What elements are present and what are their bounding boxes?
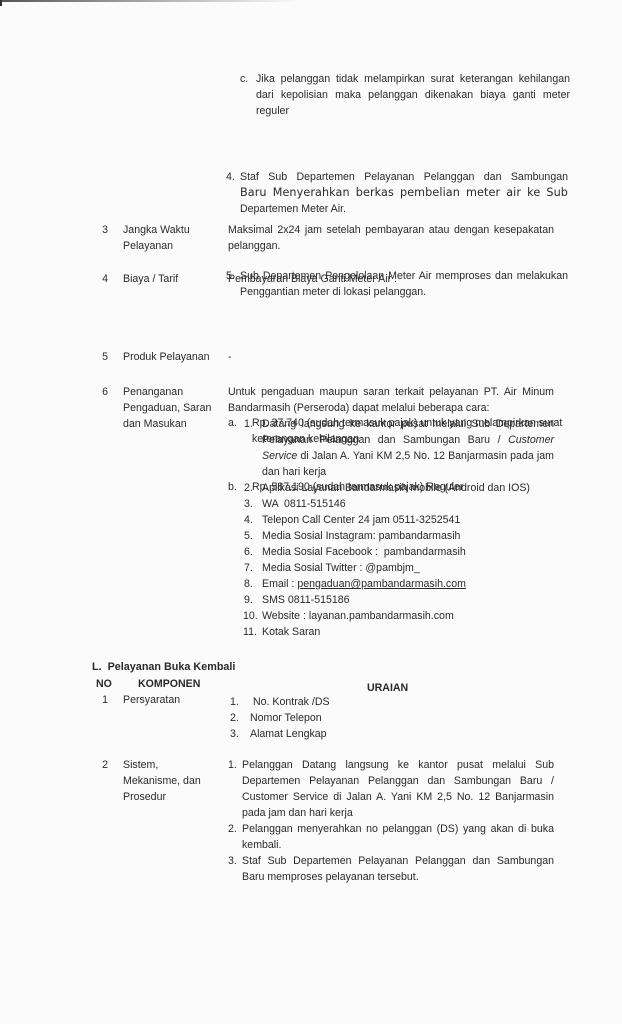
list-marker: 8. bbox=[244, 576, 253, 592]
list-marker: 5. bbox=[244, 528, 253, 544]
list-marker: c. bbox=[240, 71, 248, 87]
list-text-line: Departemen Meter Air. bbox=[240, 201, 568, 217]
list-text: Telepon Call Center 24 jam 0511-3252541 bbox=[262, 514, 460, 526]
row-number: 5 bbox=[96, 349, 108, 365]
list-text: Nomor Telepon bbox=[250, 712, 322, 724]
row-content: - bbox=[228, 349, 554, 365]
list-item: 2. Nomor Telepon bbox=[230, 710, 430, 726]
complaint-channel-list: 1. Datang langsung ke kantor pusat melal… bbox=[244, 416, 554, 640]
list-marker: 1. bbox=[230, 694, 239, 710]
list-marker: 7. bbox=[244, 560, 253, 576]
list-item: 5. Media Sosial Instagram: pambandarmasi… bbox=[244, 528, 554, 544]
list-text: No. Kontrak /DS bbox=[253, 696, 330, 708]
list-item: 3. WA 0811-515146 bbox=[244, 496, 554, 512]
list-marker: 2. bbox=[228, 821, 237, 837]
list-item: 2. Pelanggan menyerahkan no pelanggan (D… bbox=[228, 821, 554, 853]
list-marker: 2. bbox=[230, 710, 239, 726]
row-component: Produk Pelayanan bbox=[123, 349, 233, 365]
requirement-list: 1. No. Kontrak /DS 2. Nomor Telepon 3. A… bbox=[230, 694, 430, 742]
list-item: 1. Pelanggan Datang langsung ke kantor p… bbox=[228, 757, 554, 821]
row-number: 4 bbox=[96, 271, 108, 287]
list-text: Aplikasi Layanan Bandarmasih mobile (And… bbox=[262, 482, 530, 494]
list-text: di Jalan A. Yani KM 2,5 No. 12 Banjarmas… bbox=[262, 450, 554, 478]
list-text-line: Staf Sub Departemen Pelayanan Pelanggan … bbox=[240, 169, 568, 185]
list-item: 2. Aplikasi Layanan Bandarmasih mobile (… bbox=[244, 480, 554, 496]
row-component: Persyaratan bbox=[123, 692, 180, 708]
list-marker: 11. bbox=[243, 624, 257, 640]
list-marker: 3. bbox=[228, 853, 237, 869]
list-text: Website : layanan.pambandarmasih.com bbox=[262, 610, 454, 622]
list-item: 3. Staf Sub Departemen Pelayanan Pelangg… bbox=[228, 853, 554, 885]
list-item: 11. Kotak Saran bbox=[244, 624, 554, 640]
list-marker: 1. bbox=[228, 757, 237, 773]
list-text: Media Sosial Facebook : pambandarmasih bbox=[262, 546, 466, 558]
list-text: Media Sosial Twitter : @pambjm_ bbox=[262, 562, 420, 574]
list-marker: 6. bbox=[244, 544, 253, 560]
list-marker: 10. bbox=[243, 608, 258, 624]
list-item: 10. Website : layanan.pambandarmasih.com bbox=[244, 608, 554, 624]
list-text: Pelanggan menyerahkan no pelanggan (DS) … bbox=[242, 823, 554, 851]
list-text: Kotak Saran bbox=[262, 626, 320, 638]
row-number: 1 bbox=[96, 692, 108, 708]
email-link[interactable]: pengaduan@pambandarmasih.com bbox=[297, 578, 466, 590]
list-text: Pelanggan Datang langsung ke kantor pusa… bbox=[242, 759, 554, 819]
document-page: c. Jika pelanggan tidak melampirkan sura… bbox=[0, 0, 622, 1024]
list-item: 8. Email : pengaduan@pambandarmasih.com bbox=[244, 576, 554, 592]
row-number: 2 bbox=[96, 757, 108, 773]
row-content: Maksimal 2x24 jam setelah pembayaran ata… bbox=[228, 222, 554, 254]
list-marker: a. bbox=[228, 415, 237, 431]
row-number: 3 bbox=[96, 222, 108, 238]
list-item: 4. Telepon Call Center 24 jam 0511-32525… bbox=[244, 512, 554, 528]
row-intro: Untuk pengaduan maupun saran terkait pel… bbox=[228, 384, 554, 416]
row-component: Penanganan Pengaduan, Saran dan Masukan bbox=[123, 384, 223, 432]
list-text: Alamat Lengkap bbox=[250, 728, 327, 740]
list-item: 7. Media Sosial Twitter : @pambjm_ bbox=[244, 560, 554, 576]
list-item: 1. Datang langsung ke kantor pusat melal… bbox=[244, 416, 554, 480]
list-item: 3. Alamat Lengkap bbox=[230, 726, 430, 742]
list-marker: b. bbox=[228, 479, 237, 495]
list-item-4: 4. Staf Sub Departemen Pelayanan Pelangg… bbox=[226, 169, 568, 217]
list-marker: 4. bbox=[244, 512, 253, 528]
list-text: WA 0811-515146 bbox=[262, 498, 346, 510]
row-number: 6 bbox=[96, 384, 108, 400]
list-item: 9. SMS 0811-515186 bbox=[244, 592, 554, 608]
header-no: NO bbox=[96, 676, 112, 692]
list-text: Media Sosial Instagram: pambandarmasih bbox=[262, 530, 460, 542]
list-item-c: c. Jika pelanggan tidak melampirkan sura… bbox=[240, 71, 570, 119]
section-title: L. Pelayanan Buka Kembali bbox=[92, 659, 235, 675]
list-marker: 3. bbox=[244, 496, 253, 512]
list-marker: 2. bbox=[244, 480, 253, 496]
list-text: SMS 0811-515186 bbox=[262, 594, 350, 606]
list-text: Email : bbox=[262, 578, 297, 590]
list-marker: 1. bbox=[244, 416, 253, 432]
row-component: Sistem, Mekanisme, dan Prosedur bbox=[123, 757, 213, 805]
row-component: Jangka Waktu Pelayanan bbox=[123, 222, 213, 254]
row-intro: Pembayaran Biaya Ganti Meter Air : bbox=[228, 271, 554, 287]
list-text-line: Baru Menyerahkan berkas pembelian meter … bbox=[240, 185, 568, 201]
list-text: Jika pelanggan tidak melampirkan surat k… bbox=[256, 73, 570, 117]
list-item: 6. Media Sosial Facebook : pambandarmasi… bbox=[244, 544, 554, 560]
header-component: KOMPONEN bbox=[138, 676, 200, 692]
row-component: Biaya / Tarif bbox=[123, 271, 233, 287]
procedure-list: 1. Pelanggan Datang langsung ke kantor p… bbox=[228, 757, 554, 885]
list-marker: 9. bbox=[244, 592, 253, 608]
list-text: Staf Sub Departemen Pelayanan Pelanggan … bbox=[242, 855, 554, 883]
list-item: 1. No. Kontrak /DS bbox=[230, 694, 430, 710]
list-marker: 3. bbox=[230, 726, 239, 742]
list-marker: 4. bbox=[226, 169, 235, 185]
